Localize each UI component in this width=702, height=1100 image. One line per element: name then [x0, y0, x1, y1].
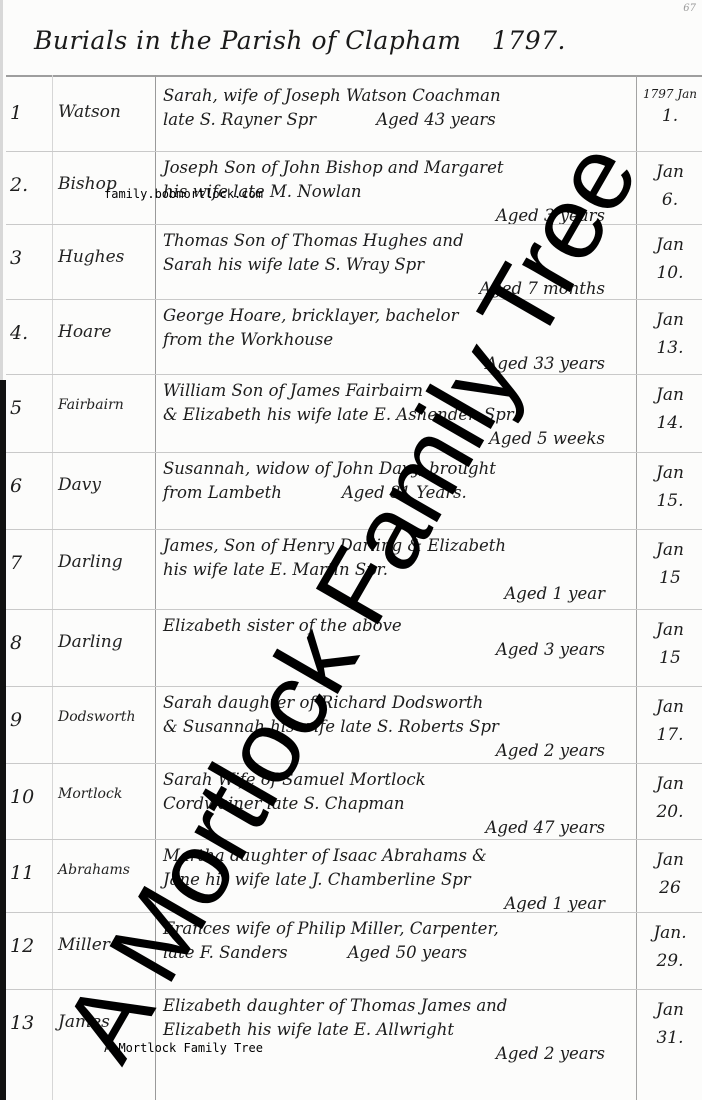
entry-number: 1	[10, 102, 50, 124]
entry-description: George Hoare, bricklayer, bachelorfrom t…	[163, 304, 633, 376]
entry-number: 7	[10, 552, 50, 574]
entry-number: 13	[10, 1012, 50, 1034]
entry-surname: Darling	[58, 632, 158, 652]
entry-month: Jan	[642, 616, 698, 644]
entry-date: Jan14.	[642, 381, 698, 437]
entry-date: Jan17.	[642, 693, 698, 749]
entry-description: William Son of James Fairbairn& Elizabet…	[163, 379, 633, 451]
entry-date: Jan6.	[642, 158, 698, 214]
entry-line: late F. SandersAged 50 years	[163, 941, 633, 965]
entry-day: 15	[642, 644, 698, 672]
entry-age: Aged 2 years	[163, 739, 633, 763]
entry-line: James, Son of Henry Darling & Elizabeth	[163, 534, 633, 558]
entry-date: Jan31.	[642, 996, 698, 1052]
entry-month: Jan	[642, 770, 698, 798]
title-text: Burials in the Parish of Clapham	[34, 26, 461, 55]
entry-number: 3	[10, 247, 50, 269]
entry-date: Jan15.	[642, 459, 698, 515]
entry-day: 31.	[642, 1024, 698, 1052]
entry-surname: Darling	[58, 552, 158, 572]
register-entry: 7DarlingJames, Son of Henry Darling & El…	[0, 530, 702, 610]
entry-line: William Son of James Fairbairn	[163, 379, 633, 403]
entry-description: Sarah Wife of Samuel MortlockCordwainer …	[163, 768, 633, 840]
entry-month: Jan	[642, 996, 698, 1024]
entry-line: George Hoare, bricklayer, bachelor	[163, 304, 633, 328]
entry-surname: Fairbairn	[58, 397, 158, 413]
entry-line: from the Workhouse	[163, 328, 633, 352]
entry-number: 5	[10, 397, 50, 419]
entry-line: Elizabeth sister of the above	[163, 614, 633, 638]
entry-date: Jan15	[642, 616, 698, 672]
header-rule	[6, 75, 702, 77]
entry-description: Martha daughter of Isaac Abrahams &Jane …	[163, 844, 633, 916]
entry-line: Sarah Wife of Samuel Mortlock	[163, 768, 633, 792]
entry-date: 1797 Jan1.	[642, 86, 698, 130]
entry-line: Sarah, wife of Joseph Watson Coachman	[163, 84, 633, 108]
entry-line: Elizabeth his wife late E. Allwright	[163, 1018, 633, 1042]
entry-month: Jan	[642, 381, 698, 409]
entry-number: 2.	[10, 174, 50, 196]
entry-date: Jan.29.	[642, 919, 698, 975]
page-number: 67	[683, 3, 696, 14]
entry-number: 11	[10, 862, 50, 884]
entry-line: Sarah daughter of Richard Dodsworth	[163, 691, 633, 715]
entry-number: 6	[10, 475, 50, 497]
entry-day: 29.	[642, 947, 698, 975]
entry-day: 14.	[642, 409, 698, 437]
entry-month: Jan	[642, 459, 698, 487]
entry-line: his wife late E. Martin Spr.	[163, 558, 633, 582]
entry-day: 6.	[642, 186, 698, 214]
entry-month: 1797 Jan	[642, 86, 698, 102]
entry-month: Jan	[642, 306, 698, 334]
entry-number: 9	[10, 709, 50, 731]
entry-line: Martha daughter of Isaac Abrahams &	[163, 844, 633, 868]
entry-line-text: late F. Sanders	[163, 943, 288, 962]
register-entry: 4.HoareGeorge Hoare, bricklayer, bachelo…	[0, 300, 702, 375]
entry-date: Jan20.	[642, 770, 698, 826]
entry-description: James, Son of Henry Darling & Elizabethh…	[163, 534, 633, 606]
entry-day: 20.	[642, 798, 698, 826]
entry-date: Jan15	[642, 536, 698, 592]
entry-date: Jan10.	[642, 231, 698, 287]
entry-date: Jan13.	[642, 306, 698, 362]
entry-line-text: late S. Rayner Spr	[163, 110, 316, 129]
register-page: 67 Burials in the Parish of Clapham 1797…	[0, 0, 702, 1100]
entry-age: Aged 1 year	[163, 582, 633, 606]
entry-description: Elizabeth daughter of Thomas James andEl…	[163, 994, 633, 1066]
entry-surname: Miller	[58, 935, 158, 955]
entry-line: Jane his wife late J. Chamberline Spr	[163, 868, 633, 892]
entry-surname: Hughes	[58, 247, 158, 267]
register-entry: 10MortlockSarah Wife of Samuel MortlockC…	[0, 764, 702, 840]
register-entry: 6DavySusannah, widow of John Davy, broug…	[0, 453, 702, 530]
entry-day: 15	[642, 564, 698, 592]
entry-day: 1.	[642, 102, 698, 130]
entry-age: Aged 47 years	[163, 816, 633, 840]
register-entry: 1WatsonSarah, wife of Joseph Watson Coac…	[0, 80, 702, 152]
entry-age: Aged 5 weeks	[163, 427, 633, 451]
register-entry: 9DodsworthSarah daughter of Richard Dods…	[0, 687, 702, 764]
entry-line: from LambethAged 81 Years.	[163, 481, 633, 505]
watermark-url: family.bobmortlock.com	[104, 187, 263, 201]
entry-age: Aged 43 years	[376, 110, 496, 129]
entry-description: Elizabeth sister of the aboveAged 3 year…	[163, 614, 633, 662]
entry-line: late S. Rayner SprAged 43 years	[163, 108, 633, 132]
entry-surname: Abrahams	[58, 862, 158, 878]
entry-month: Jan	[642, 231, 698, 259]
register-entry: 3HughesThomas Son of Thomas Hughes andSa…	[0, 225, 702, 300]
entry-number: 4.	[10, 322, 50, 344]
entry-line: & Elizabeth his wife late E. Ashenden Sp…	[163, 403, 633, 427]
entry-day: 13.	[642, 334, 698, 362]
entry-line: & Susannah his wife late S. Roberts Spr	[163, 715, 633, 739]
entry-line: Thomas Son of Thomas Hughes and	[163, 229, 633, 253]
entry-date: Jan26	[642, 846, 698, 902]
entry-month: Jan	[642, 158, 698, 186]
register-entry: 12MillerFrances wife of Philip Miller, C…	[0, 913, 702, 990]
title-year: 1797.	[492, 26, 566, 55]
entry-description: Sarah daughter of Richard Dodsworth& Sus…	[163, 691, 633, 763]
page-title: Burials in the Parish of Clapham 1797.	[34, 26, 566, 55]
register-entry: 8DarlingElizabeth sister of the aboveAge…	[0, 610, 702, 687]
entry-age: Aged 50 years	[348, 943, 468, 962]
entry-surname: James	[58, 1012, 158, 1032]
entry-day: 15.	[642, 487, 698, 515]
entry-description: Thomas Son of Thomas Hughes andSarah his…	[163, 229, 633, 301]
entry-day: 10.	[642, 259, 698, 287]
entry-description: Frances wife of Philip Miller, Carpenter…	[163, 917, 633, 965]
entry-line: Sarah his wife late S. Wray Spr	[163, 253, 633, 277]
register-entry: 11AbrahamsMartha daughter of Isaac Abrah…	[0, 840, 702, 913]
entry-age: Aged 33 years	[163, 352, 633, 376]
entry-number: 12	[10, 935, 50, 957]
entry-line: Susannah, widow of John Davy, brought	[163, 457, 633, 481]
entry-month: Jan	[642, 536, 698, 564]
entry-line: Frances wife of Philip Miller, Carpenter…	[163, 917, 633, 941]
watermark-footer: A Mortlock Family Tree	[104, 1041, 263, 1055]
entry-surname: Hoare	[58, 322, 158, 342]
entry-description: Sarah, wife of Joseph Watson Coachmanlat…	[163, 84, 633, 132]
entry-line: Elizabeth daughter of Thomas James and	[163, 994, 633, 1018]
entry-description: Susannah, widow of John Davy, broughtfro…	[163, 457, 633, 505]
entry-surname: Watson	[58, 102, 158, 122]
entry-month: Jan	[642, 693, 698, 721]
entry-number: 10	[10, 786, 50, 808]
entry-day: 26	[642, 874, 698, 902]
entry-number: 8	[10, 632, 50, 654]
entry-surname: Dodsworth	[58, 709, 158, 725]
entry-day: 17.	[642, 721, 698, 749]
entry-surname: Mortlock	[58, 786, 158, 802]
entry-line: Joseph Son of John Bishop and Margaret	[163, 156, 633, 180]
entry-line-text: from Lambeth	[163, 483, 282, 502]
entry-age: Aged 3 years	[163, 638, 633, 662]
entry-line: Cordwainer late S. Chapman	[163, 792, 633, 816]
entry-month: Jan.	[642, 919, 698, 947]
entry-surname: Davy	[58, 475, 158, 495]
register-entry: 5FairbairnWilliam Son of James Fairbairn…	[0, 375, 702, 453]
entry-age: Aged 81 Years.	[342, 483, 467, 502]
entry-month: Jan	[642, 846, 698, 874]
entry-age: Aged 7 months	[163, 277, 633, 301]
